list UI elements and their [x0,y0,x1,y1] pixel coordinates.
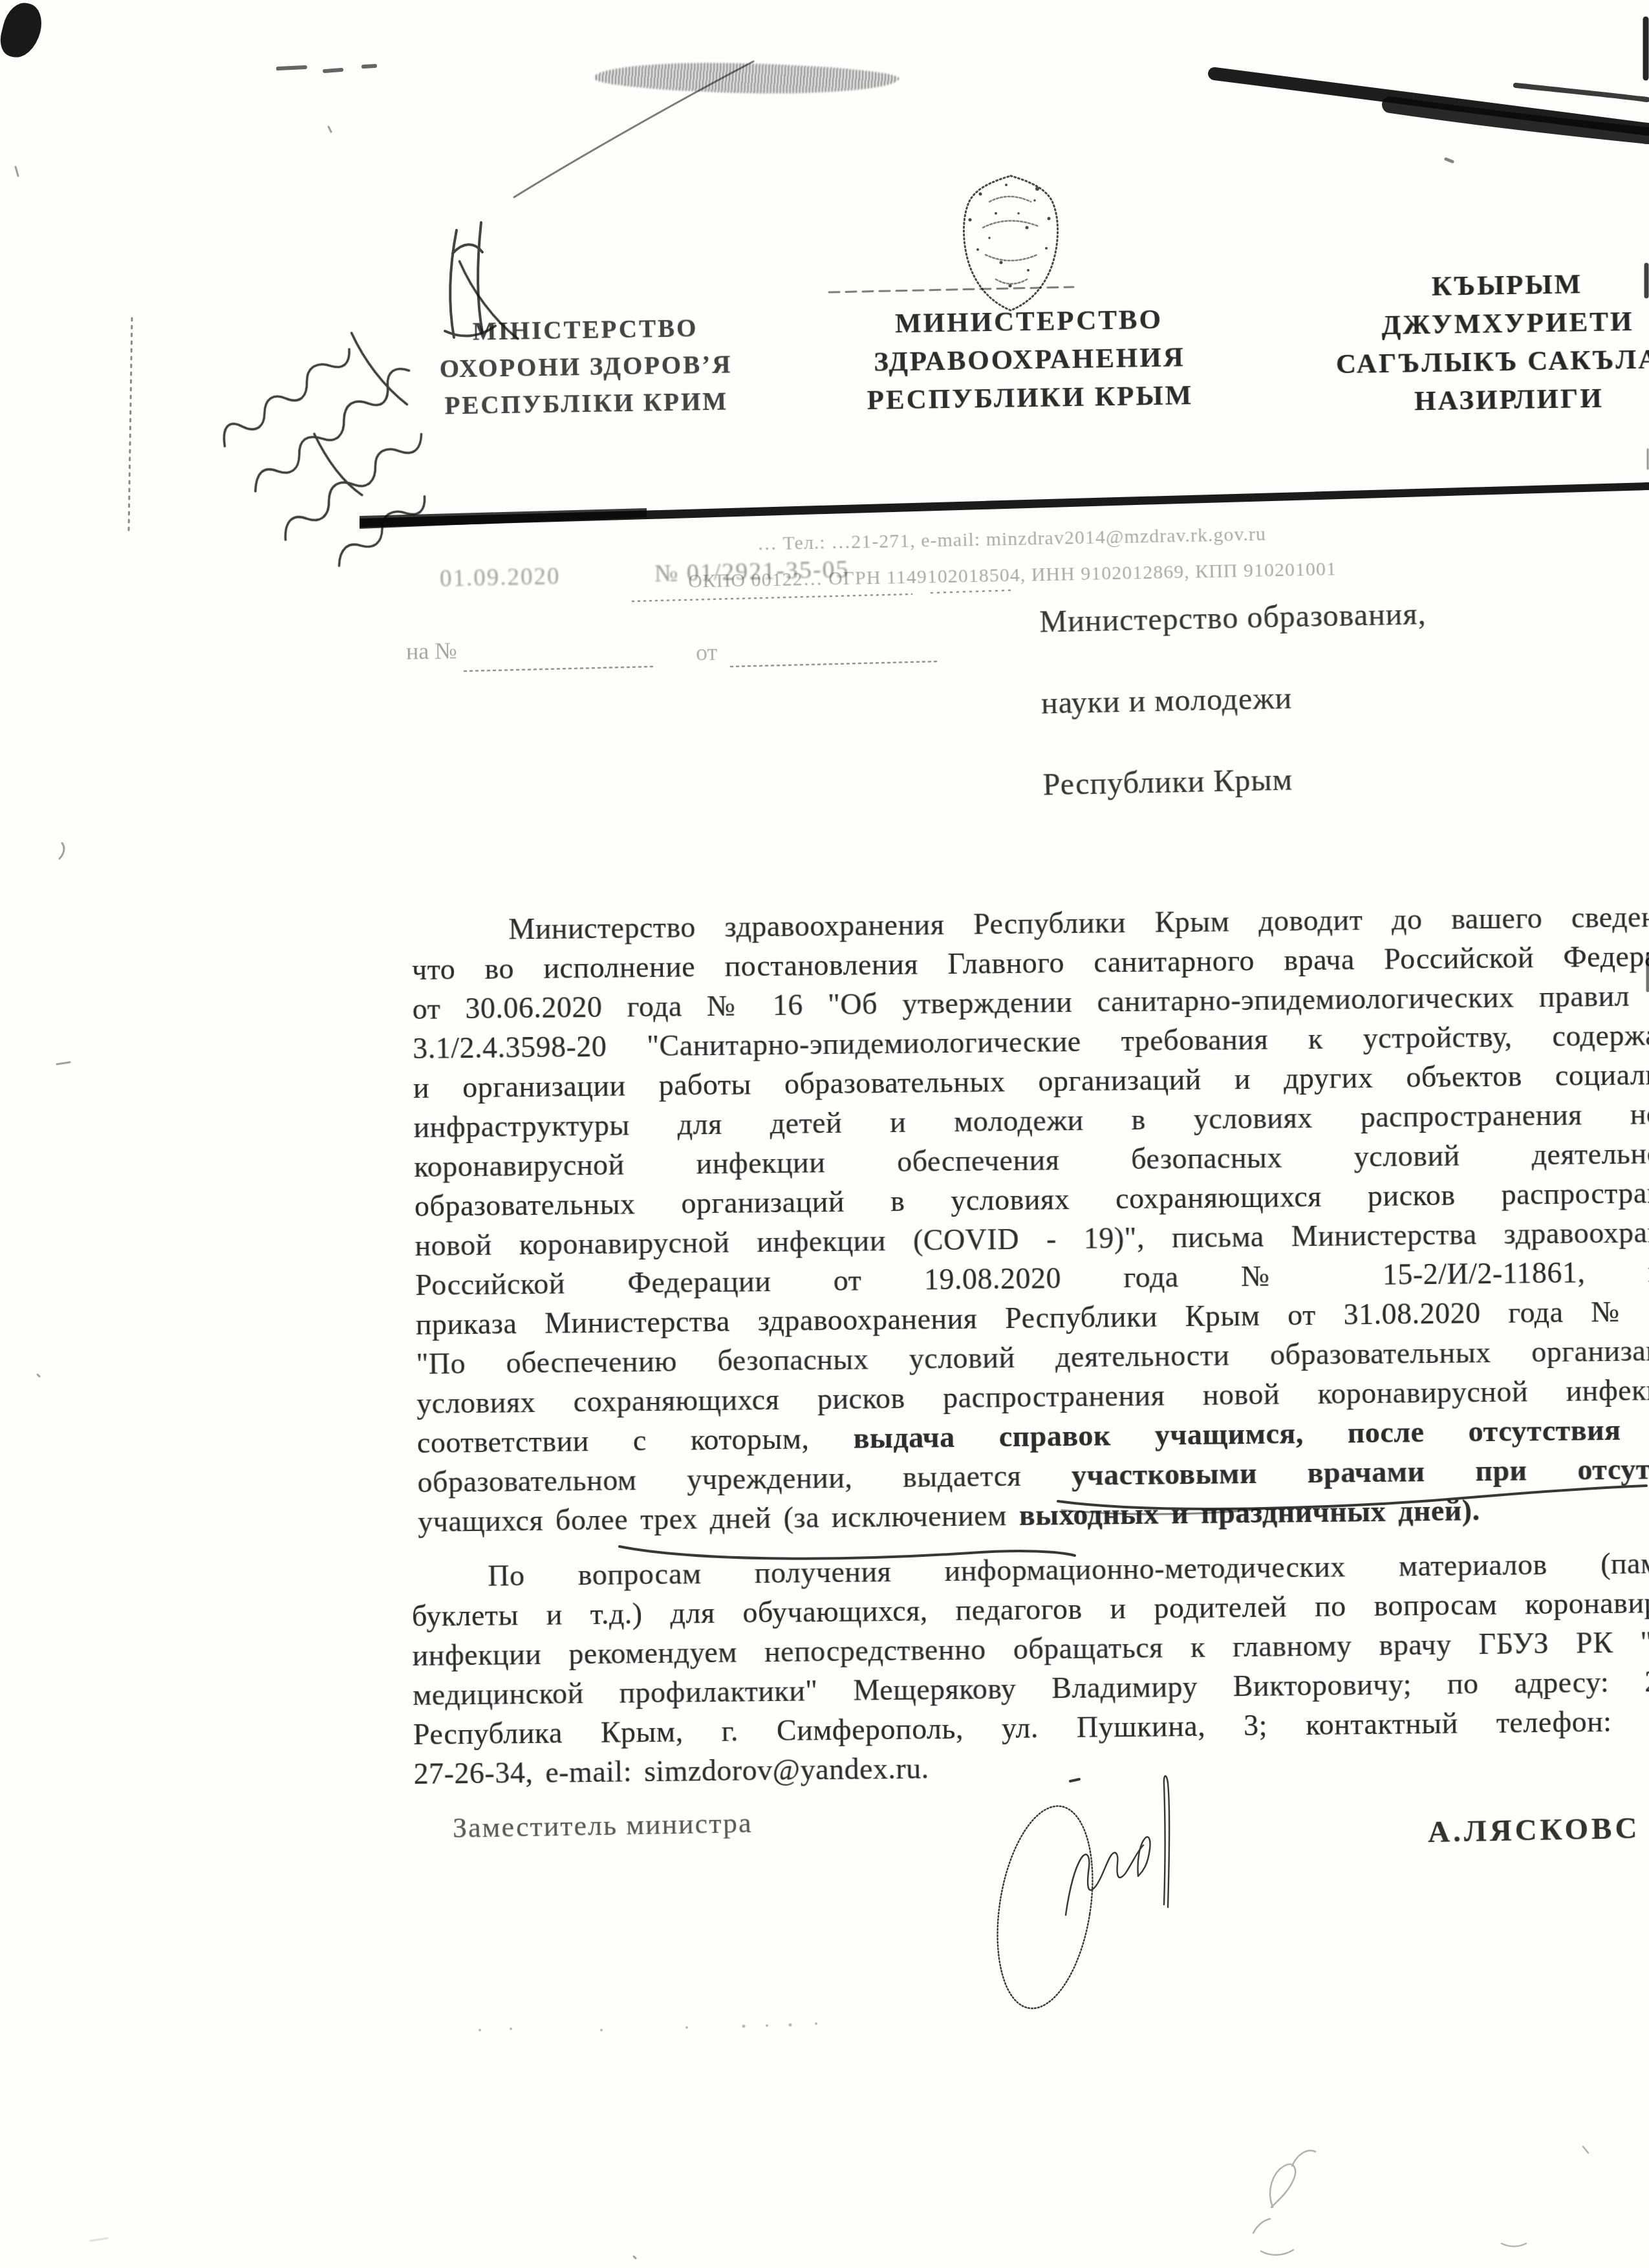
org-name-russian: МИНИСТЕРСТВО ЗДРАВООХРАНЕНИЯ РЕСПУБЛИКИ … [815,299,1244,420]
org-name-crimean-tatar: КЪЫРЫМ ДЖУМХУРИЕТИ САГЪЛЫКЪ САКЪЛАВ НАЗИ… [1293,263,1649,422]
org-name-ukrainian: МІНІСТЕРСТВО ОХОРОНИ ЗДОРОВ’Я РЕСПУБЛІКИ… [411,309,762,425]
org-center-line3: РЕСПУБЛИКИ КРЫМ [817,376,1244,420]
reply-to-label: на № [406,637,457,665]
signer-name: А.ЛЯСКОВС [1428,1811,1641,1850]
p1-l14-tail: в [1621,1413,1649,1446]
org-right-line2: ДЖУМХУРИЕТИ [1294,301,1649,346]
body-paragraph-2: По вопросам получения информационно-мето… [411,1543,1649,1793]
reply-date-label: от [696,639,718,667]
p1-l14-bold: выдача справок учащимся, после отсутстви… [853,1413,1621,1455]
org-left-line2: ОХОРОНИ ЗДОРОВ’Я [411,346,761,388]
org-left-line3: РЕСПУБЛІКИ КРИМ [411,383,761,425]
body-paragraph-1: Министерство здравоохранения Республики … [411,897,1649,1541]
outgoing-date: 01.09.2020 [440,562,561,593]
p1-l14-plain: соответствии с которым, [417,1422,854,1459]
signer-title: Заместитель министра [453,1806,753,1845]
scanned-letter-page: МІНІСТЕРСТВО ОХОРОНИ ЗДОРОВ’Я РЕСПУБЛІКИ… [0,0,1649,2268]
org-center-line2: ЗДРАВООХРАНЕНИЯ [816,337,1244,382]
outgoing-number: № 01/2921-35-05 [654,555,850,588]
top-right-streak-artifact [1214,74,1648,162]
org-right-line3: САГЪЛЫКЪ САКЪЛАВ [1295,339,1649,384]
org-right-line1: КЪЫРЫМ [1293,263,1649,308]
p1-l16-plain: учащихся более трех дней (за исключением [418,1499,1019,1538]
coat-of-arms-emblem [964,176,1057,310]
org-right-line4: НАЗИРЛИГИ [1295,378,1649,422]
addressee-line2: науки и молодежи [1040,653,1507,744]
p1-l16-bold: выходных и праздничных дней). [1019,1493,1480,1532]
top-tick-marks [278,66,375,71]
handwritten-initials-mark [445,61,753,337]
addressee-line3: Республики Крым [1042,734,1509,826]
org-center-line1: МИНИСТЕРСТВО [815,299,1243,344]
p1-l15-plain: образовательном учреждении, выдается [417,1459,1072,1499]
signature-scribble [984,1776,1169,2015]
emblem-underline-dashes [829,287,1073,292]
p1-l15-bold-tail: при отсутст [1425,1452,1649,1488]
addressee-block: Министерство образования, науки и молоде… [1039,572,1509,826]
pencil-notes-bottom-right [1253,2146,1588,2255]
scan-smudge-artifact [594,60,900,96]
scan-corner-artifact [0,0,47,62]
right-edge-artifacts [1646,19,1648,990]
left-margin-dotted-line [129,318,132,533]
faint-footer-marks [479,2022,817,2031]
p1-l15-bold-underlined: участковыми врачами [1072,1455,1425,1492]
addressee-line1: Министерство образования, [1039,572,1505,663]
org-left-line1: МІНІСТЕРСТВО [411,309,760,351]
